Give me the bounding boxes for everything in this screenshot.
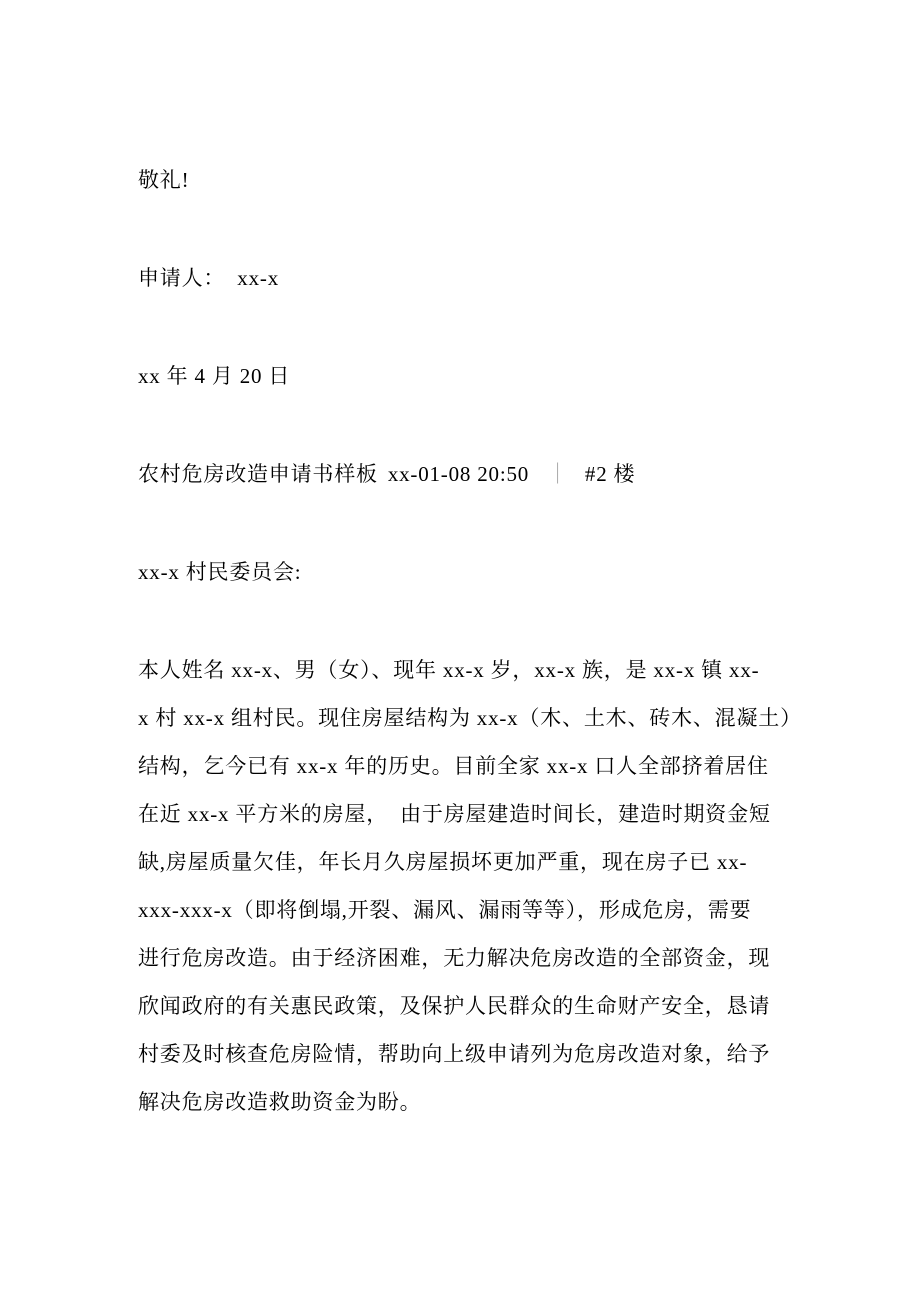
- body-line: xxx-xxx-x（即将倒塌,开裂、漏风、漏雨等等），形成危房，需要: [138, 886, 802, 934]
- post-header: 农村危房改造申请书样板xx-01-08 20:50｜#2 楼: [138, 450, 802, 498]
- post-timestamp: xx-01-08 20:50: [388, 462, 529, 486]
- body-line: x 村 xx-x 组村民。现住房屋结构为 xx-x（木、土木、砖木、混凝土）: [138, 694, 802, 742]
- document-page: 敬礼! 申请人： xx-x xx 年 4 月 20 日 农村危房改造申请书样板x…: [0, 0, 920, 1302]
- floor-label: #2 楼: [585, 462, 635, 486]
- body-line: 在近 xx-x 平方米的房屋， 由于房屋建造时间长，建造时期资金短: [138, 790, 802, 838]
- body-line: 本人姓名 xx-x、男（女）、现年 xx-x 岁，xx-x 族，是 xx-x 镇…: [138, 646, 802, 694]
- body-line: 缺,房屋质量欠佳，年长月久房屋损坏更加严重，现在房子已 xx-: [138, 838, 802, 886]
- applicant-line: 申请人： xx-x: [138, 254, 802, 302]
- body-line: 结构，乞今已有 xx-x 年的历史。目前全家 xx-x 口人全部挤着居住: [138, 742, 802, 790]
- body-line: 欣闻政府的有关惠民政策，及保护人民群众的生命财产安全，恳请: [138, 982, 802, 1030]
- salute-text: 敬礼!: [138, 156, 802, 204]
- body-paragraph: 本人姓名 xx-x、男（女）、现年 xx-x 岁，xx-x 族，是 xx-x 镇…: [138, 646, 802, 1126]
- post-title: 农村危房改造申请书样板: [138, 462, 378, 486]
- date-line: xx 年 4 月 20 日: [138, 352, 802, 400]
- body-line: 进行危房改造。由于经济困难，无力解决危房改造的全部资金，现: [138, 934, 802, 982]
- separator-bar: ｜: [547, 462, 569, 486]
- recipient-line: xx-x 村民委员会:: [138, 548, 802, 596]
- body-line: 解决危房改造救助资金为盼。: [138, 1078, 802, 1126]
- body-line: 村委及时核查危房险情，帮助向上级申请列为危房改造对象，给予: [138, 1030, 802, 1078]
